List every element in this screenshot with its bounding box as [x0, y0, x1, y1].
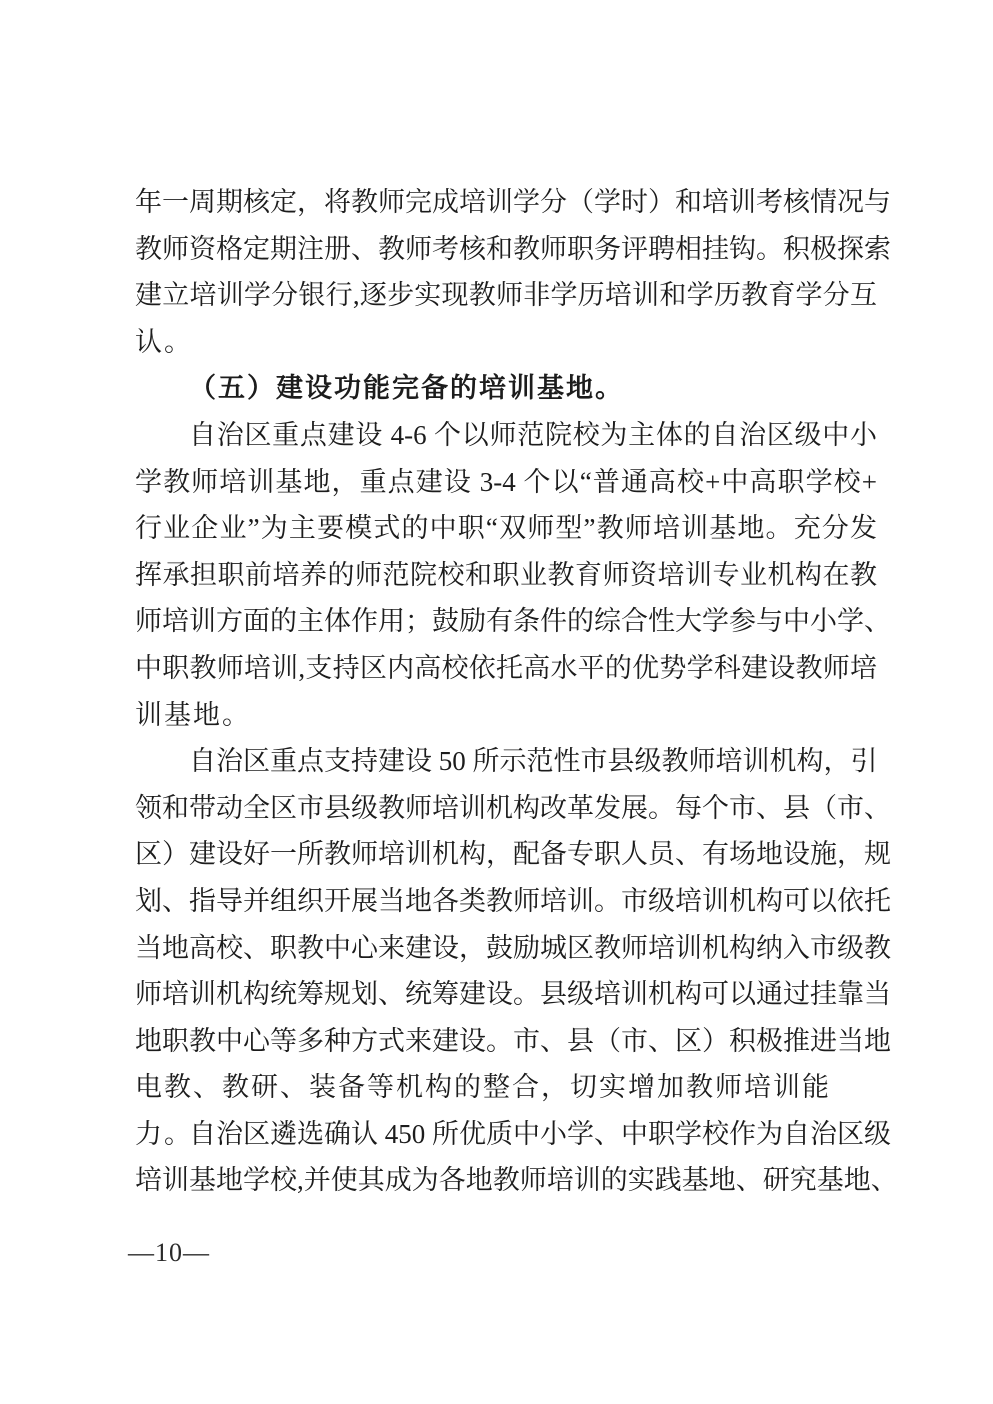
text-line: 建立培训学分银行,逐步实现教师非学历培训和学历教育学分互: [135, 272, 877, 319]
text-line: 地职教中心等多种方式来建设。市、县（市、区）积极推进当地: [135, 1018, 877, 1065]
section-heading: （五）建设功能完备的培训基地。: [135, 365, 877, 412]
text-line: 年一周期核定，将教师完成培训学分（学时）和培训考核情况与: [135, 179, 877, 226]
text-line: 电教、教研、装备等机构的整合，切实增加教师培训能力。: [135, 1064, 877, 1111]
text-line: 自治区遴选确认 450 所优质中小学、中职学校作为自治区级: [135, 1111, 877, 1158]
page-number: —10—: [128, 1238, 210, 1268]
text-line: 师培训机构统筹规划、统筹建设。县级培训机构可以通过挂靠当: [135, 971, 877, 1018]
text-line: 划、指导并组织开展当地各类教师培训。市级培训机构可以依托: [135, 878, 877, 925]
text-line: 中职教师培训,支持区内高校依托高水平的优势学科建设教师培: [135, 645, 877, 692]
text-line: 自治区重点建设 4-6 个以师范院校为主体的自治区级中小: [135, 412, 877, 459]
text-line: 学教师培训基地，重点建设 3-4 个以“普通高校+中高职学校+: [135, 459, 877, 506]
text-line: 师培训方面的主体作用；鼓励有条件的综合性大学参与中小学、: [135, 598, 877, 645]
text-line: 教师资格定期注册、教师考核和教师职务评聘相挂钩。积极探索: [135, 226, 877, 273]
text-line: 认。: [135, 319, 877, 366]
text-line: 挥承担职前培养的师范院校和职业教育师资培训专业机构在教: [135, 552, 877, 599]
document-text-block: 年一周期核定，将教师完成培训学分（学时）和培训考核情况与 教师资格定期注册、教师…: [135, 179, 877, 1204]
text-line: 自治区重点支持建设 50 所示范性市县级教师培训机构，引: [135, 738, 877, 785]
text-line: 培训基地学校,并使其成为各地教师培训的实践基地、研究基地、: [135, 1157, 877, 1204]
text-line: 当地高校、职教中心来建设，鼓励城区教师培训机构纳入市级教: [135, 925, 877, 972]
text-line: 训基地。: [135, 692, 877, 739]
text-line: 领和带动全区市县级教师培训机构改革发展。每个市、县（市、: [135, 785, 877, 832]
text-line: 区）建设好一所教师培训机构，配备专职人员、有场地设施，规: [135, 831, 877, 878]
text-line: 行业企业”为主要模式的中职“双师型”教师培训基地。充分发: [135, 505, 877, 552]
